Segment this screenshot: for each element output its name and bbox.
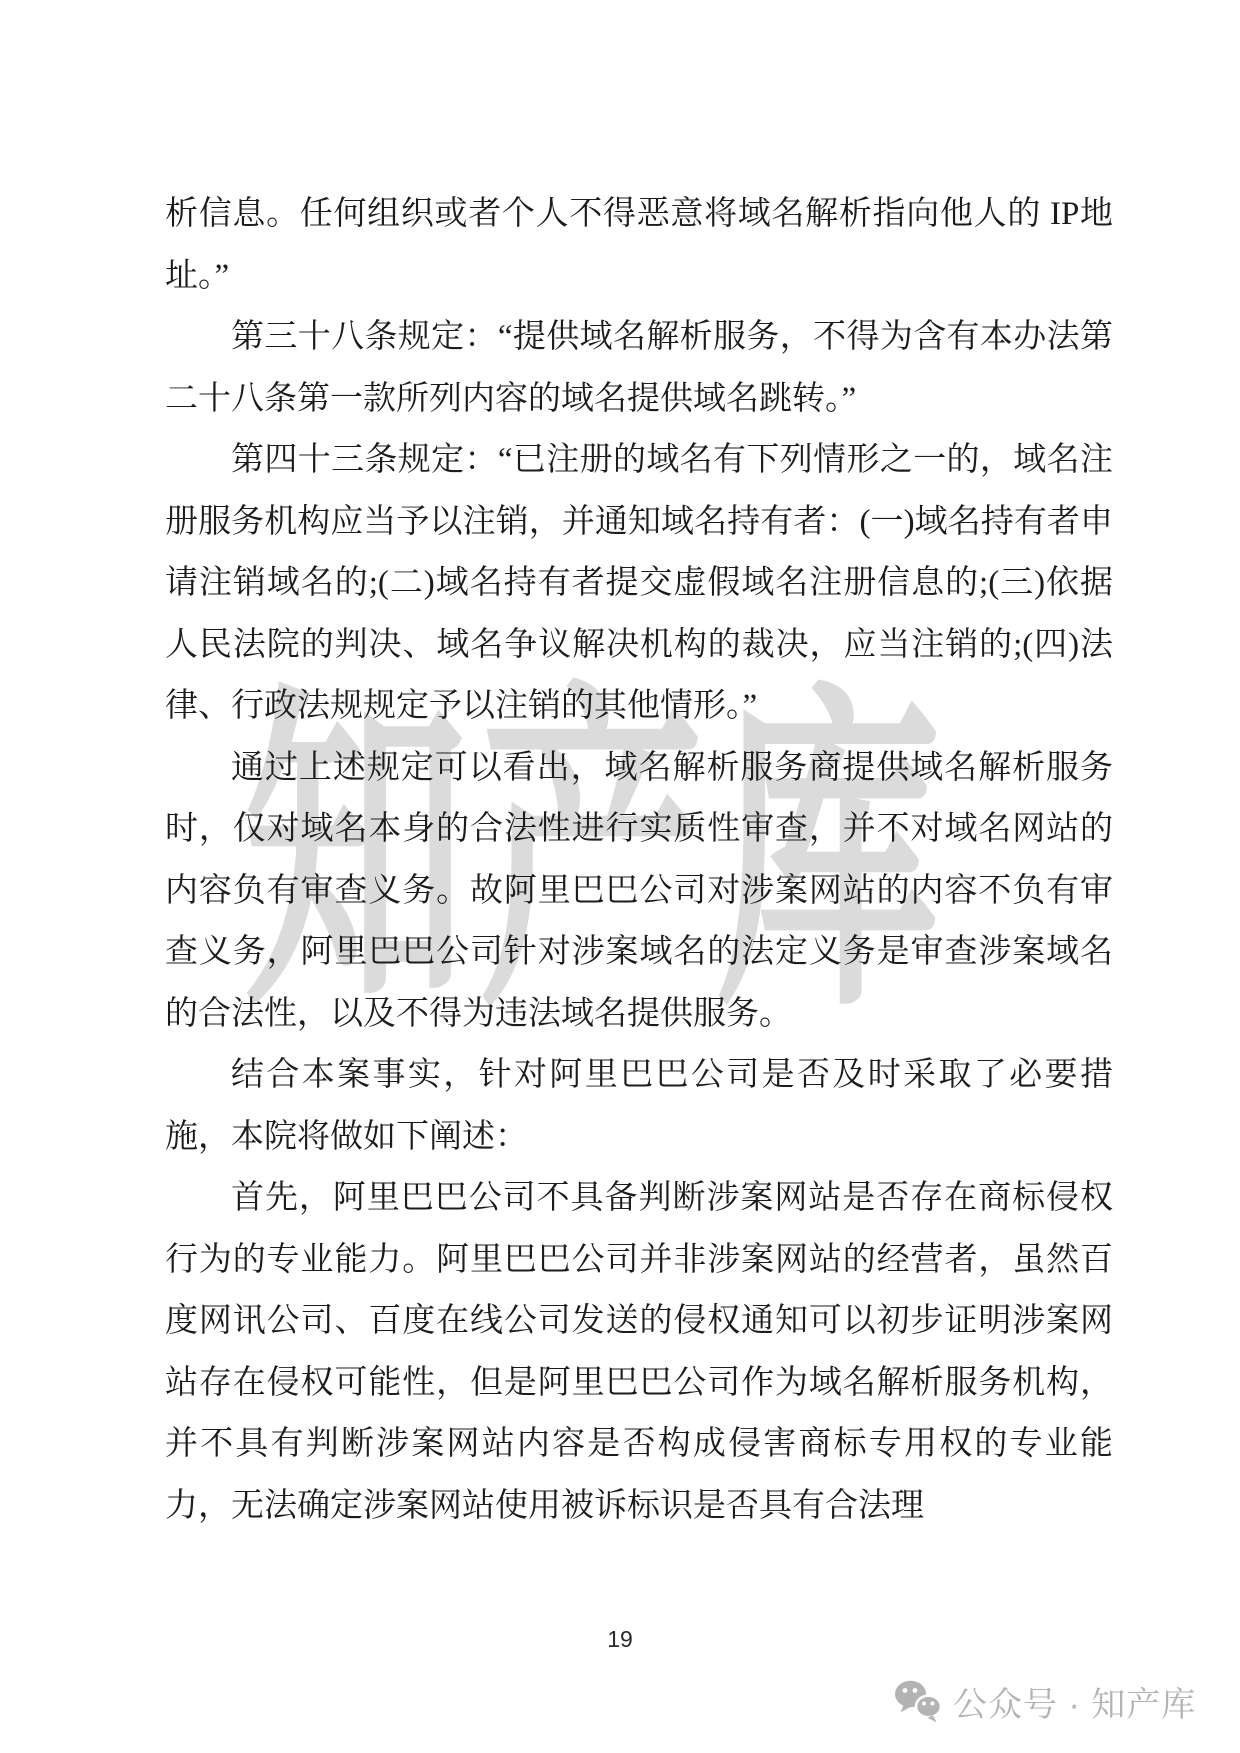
wechat-icon [893, 1679, 943, 1723]
footer-account-label: 公众号 · 知产库 [953, 1677, 1196, 1726]
judgment-paragraph: 首先，阿里巴巴公司不具备判断涉案网站是否存在商标侵权行为的专业能力。阿里巴巴公司… [165, 1168, 1113, 1537]
document-page: 知产库 析信息。任何组织或者个人不得恶意将域名解析指向他人的 IP地址。”第三十… [0, 0, 1240, 1753]
judgment-paragraph: 第三十八条规定：“提供域名解析服务，不得为含有本办法第二十八条第一款所列内容的域… [165, 307, 1113, 430]
footer-branding: 公众号 · 知产库 [893, 1678, 1196, 1724]
page-number: 19 [0, 1626, 1240, 1653]
judgment-paragraph: 第四十三条规定：“已注册的域名有下列情形之一的，域名注册服务机构应当予以注销，并… [165, 430, 1113, 738]
judgment-paragraph: 结合本案事实，针对阿里巴巴公司是否及时采取了必要措施，本院将做如下阐述： [165, 1045, 1113, 1168]
judgment-paragraph: 析信息。任何组织或者个人不得恶意将域名解析指向他人的 IP地址。” [165, 184, 1113, 307]
judgment-paragraph: 通过上述规定可以看出，域名解析服务商提供域名解析服务时，仅对域名本身的合法性进行… [165, 738, 1113, 1046]
judgment-body: 析信息。任何组织或者个人不得恶意将域名解析指向他人的 IP地址。”第三十八条规定… [165, 184, 1113, 1537]
